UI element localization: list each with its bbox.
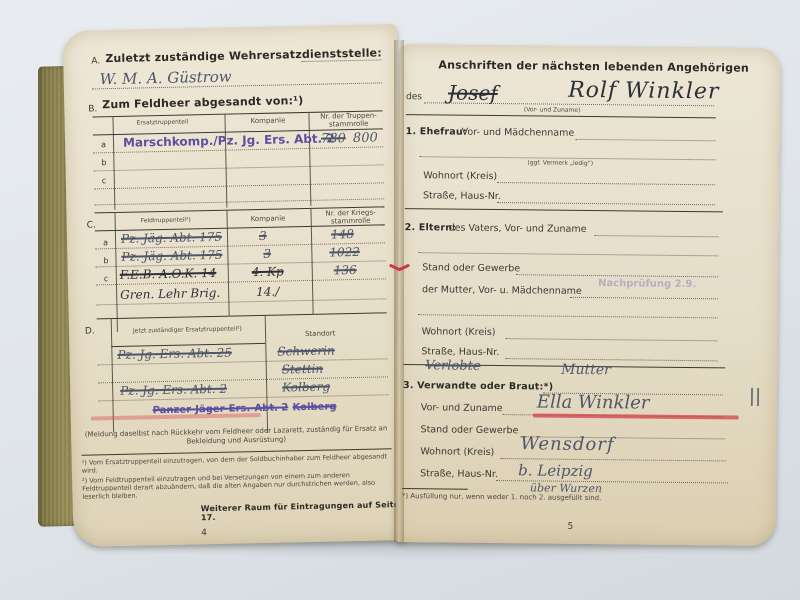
field-line bbox=[497, 202, 715, 205]
holder-first-name-struck: Josef bbox=[448, 81, 498, 106]
field-label: Stand oder Gewerbe bbox=[421, 424, 519, 436]
faint-stamp: Nachprüfung 2.9. bbox=[598, 278, 696, 290]
section-b-label: B. bbox=[88, 104, 97, 114]
field-company: 3 bbox=[259, 229, 267, 243]
field-company: 4. Kp bbox=[252, 264, 284, 279]
field-label: Straße, Haus-Nr. bbox=[420, 468, 498, 480]
field-line bbox=[505, 358, 717, 361]
col-header: Nr. der Truppen-stammrolle bbox=[312, 111, 384, 129]
field-label: Straße, Haus-Nr. bbox=[421, 346, 499, 358]
table-line bbox=[265, 315, 268, 433]
field-unit: Pz. Jg. Ers. Abt. 25 bbox=[117, 346, 232, 362]
roll-number-struck: 780 bbox=[321, 131, 346, 147]
field-line bbox=[497, 182, 715, 185]
holder-caption: (Vor- und Zuname) bbox=[524, 106, 580, 114]
page-number: 5 bbox=[568, 522, 574, 532]
roll-number: 800 bbox=[353, 130, 378, 146]
field-unit: Pz. Jäg. Abt. 175 bbox=[121, 230, 222, 246]
field-line bbox=[418, 252, 718, 256]
footnote-2: ²) Vom Feldtruppenteil einzutragen und b… bbox=[82, 470, 394, 501]
footnote: *) Ausfüllung nur, wenn weder 1. noch 2.… bbox=[402, 492, 602, 502]
table-line bbox=[308, 112, 311, 206]
section-a-heading: Zuletzt zuständige Wehrersatzdienststell… bbox=[105, 46, 382, 65]
field-line bbox=[595, 235, 719, 237]
field-roll-number: 136 bbox=[334, 263, 357, 277]
field-label: Wohnort (Kreis) bbox=[420, 446, 494, 458]
margin-mark: || bbox=[749, 386, 761, 407]
field-label: der Mutter, Vor- u. Mädchenname bbox=[422, 284, 582, 297]
section-divider bbox=[97, 312, 387, 319]
col-header: Jetzt zuständiger Ersatztruppenteil²) bbox=[133, 325, 242, 334]
right-page: Anschriften der nächsten lebenden Angehö… bbox=[395, 44, 780, 546]
field-company: 3 bbox=[263, 247, 271, 261]
field-label: Straße, Haus-Nr. bbox=[423, 190, 501, 202]
unit-stamp: Panzer-Jäger-Ers.-Abt. 2 bbox=[153, 402, 289, 416]
field-company: 14./ bbox=[256, 285, 279, 299]
section-1-heading: 1. Ehefrau: bbox=[406, 126, 467, 138]
relation-handwritten: Mutter bbox=[561, 362, 611, 379]
field-location: Stettin bbox=[282, 362, 324, 377]
table-line bbox=[111, 318, 114, 432]
table-line bbox=[112, 116, 115, 210]
footnote-divider bbox=[402, 488, 468, 490]
left-page: A. Zuletzt zuständige Wehrersatzdienstst… bbox=[63, 24, 408, 547]
section-3-heading: 3. Verwandte oder Braut:*) bbox=[403, 380, 553, 393]
relative-town: Wensdorf bbox=[520, 433, 614, 455]
field-location: Schwerin bbox=[277, 343, 335, 358]
section-b-heading: Zum Feldheer abgesandt von:¹) bbox=[102, 94, 304, 111]
table-line bbox=[224, 114, 227, 208]
col-header: Kompanie bbox=[251, 214, 286, 223]
field-line bbox=[570, 297, 718, 300]
col-header: Standort bbox=[305, 329, 335, 338]
field-label: Wohnort (Kreis) bbox=[422, 326, 496, 338]
row-rule bbox=[94, 164, 384, 171]
continuation-note: Weiterer Raum für Eintragungen auf Seite… bbox=[201, 500, 407, 522]
page-title: Anschriften der nächsten lebenden Angehö… bbox=[438, 58, 749, 74]
red-underline bbox=[533, 413, 739, 419]
section-a-label: A. bbox=[91, 56, 100, 66]
field-label: Wohnort (Kreis) bbox=[423, 170, 497, 182]
field-roll-number: 148 bbox=[331, 227, 354, 241]
col-header: Ersatztruppenteil bbox=[137, 118, 189, 126]
field-unit: F.E.B. A.O.K. 14 bbox=[120, 266, 217, 282]
row-letter: a bbox=[101, 140, 106, 149]
binding-thread bbox=[389, 262, 411, 274]
field-caption: (ggf. Vermerk „ledig“) bbox=[527, 159, 593, 167]
book-gutter bbox=[394, 40, 404, 542]
field-label: Vor- und Mädchenname bbox=[462, 127, 575, 139]
field-location: Kolberg bbox=[282, 380, 330, 395]
row-rule bbox=[94, 182, 384, 189]
relative-street: b. Leipzig bbox=[518, 461, 593, 480]
section-divider bbox=[405, 208, 723, 212]
row-letter: c bbox=[102, 176, 107, 185]
row-letter: c bbox=[104, 274, 109, 283]
field-label: Vor- und Zuname bbox=[421, 402, 503, 414]
des-label: des bbox=[406, 92, 422, 102]
field-label: des Vaters, Vor- und Zuname bbox=[449, 223, 587, 235]
section-d-note: (Meldung daselbst nach Rückkehr vom Feld… bbox=[81, 424, 391, 448]
row-letter: a bbox=[103, 238, 108, 247]
holder-name: Rolf Winkler bbox=[568, 78, 720, 105]
row-letter: b bbox=[101, 158, 106, 167]
field-line bbox=[506, 338, 718, 341]
field-unit: Pz. Jäg. Abt. 175 bbox=[121, 248, 222, 264]
field-label: Stand oder Gewerbe bbox=[422, 262, 520, 274]
location-stamp: Kolberg bbox=[292, 401, 336, 413]
row-rule bbox=[98, 376, 388, 383]
col-header: Nr. der Kriegs-stammrolle bbox=[314, 208, 386, 226]
relative-name: Ella Winkler bbox=[537, 391, 650, 413]
section-c-label: C. bbox=[87, 220, 96, 230]
section-divider bbox=[406, 114, 716, 118]
field-line bbox=[418, 314, 718, 318]
page-number: 4 bbox=[201, 528, 207, 538]
col-header: Feldtruppenteil²) bbox=[141, 216, 191, 224]
field-unit: Pz. Jg. Ers. Abt. 2 bbox=[120, 382, 227, 398]
field-roll-number: 1022 bbox=[329, 245, 360, 260]
row-rule bbox=[94, 198, 384, 205]
field-unit: Gren. Lehr Brig. bbox=[120, 286, 220, 302]
relation-struck: Verlobte bbox=[425, 358, 480, 374]
field-line bbox=[576, 139, 716, 141]
section-d-label: D. bbox=[85, 326, 95, 336]
field-line bbox=[516, 274, 718, 277]
row-letter: b bbox=[103, 256, 108, 265]
col-header: Kompanie bbox=[251, 116, 286, 125]
